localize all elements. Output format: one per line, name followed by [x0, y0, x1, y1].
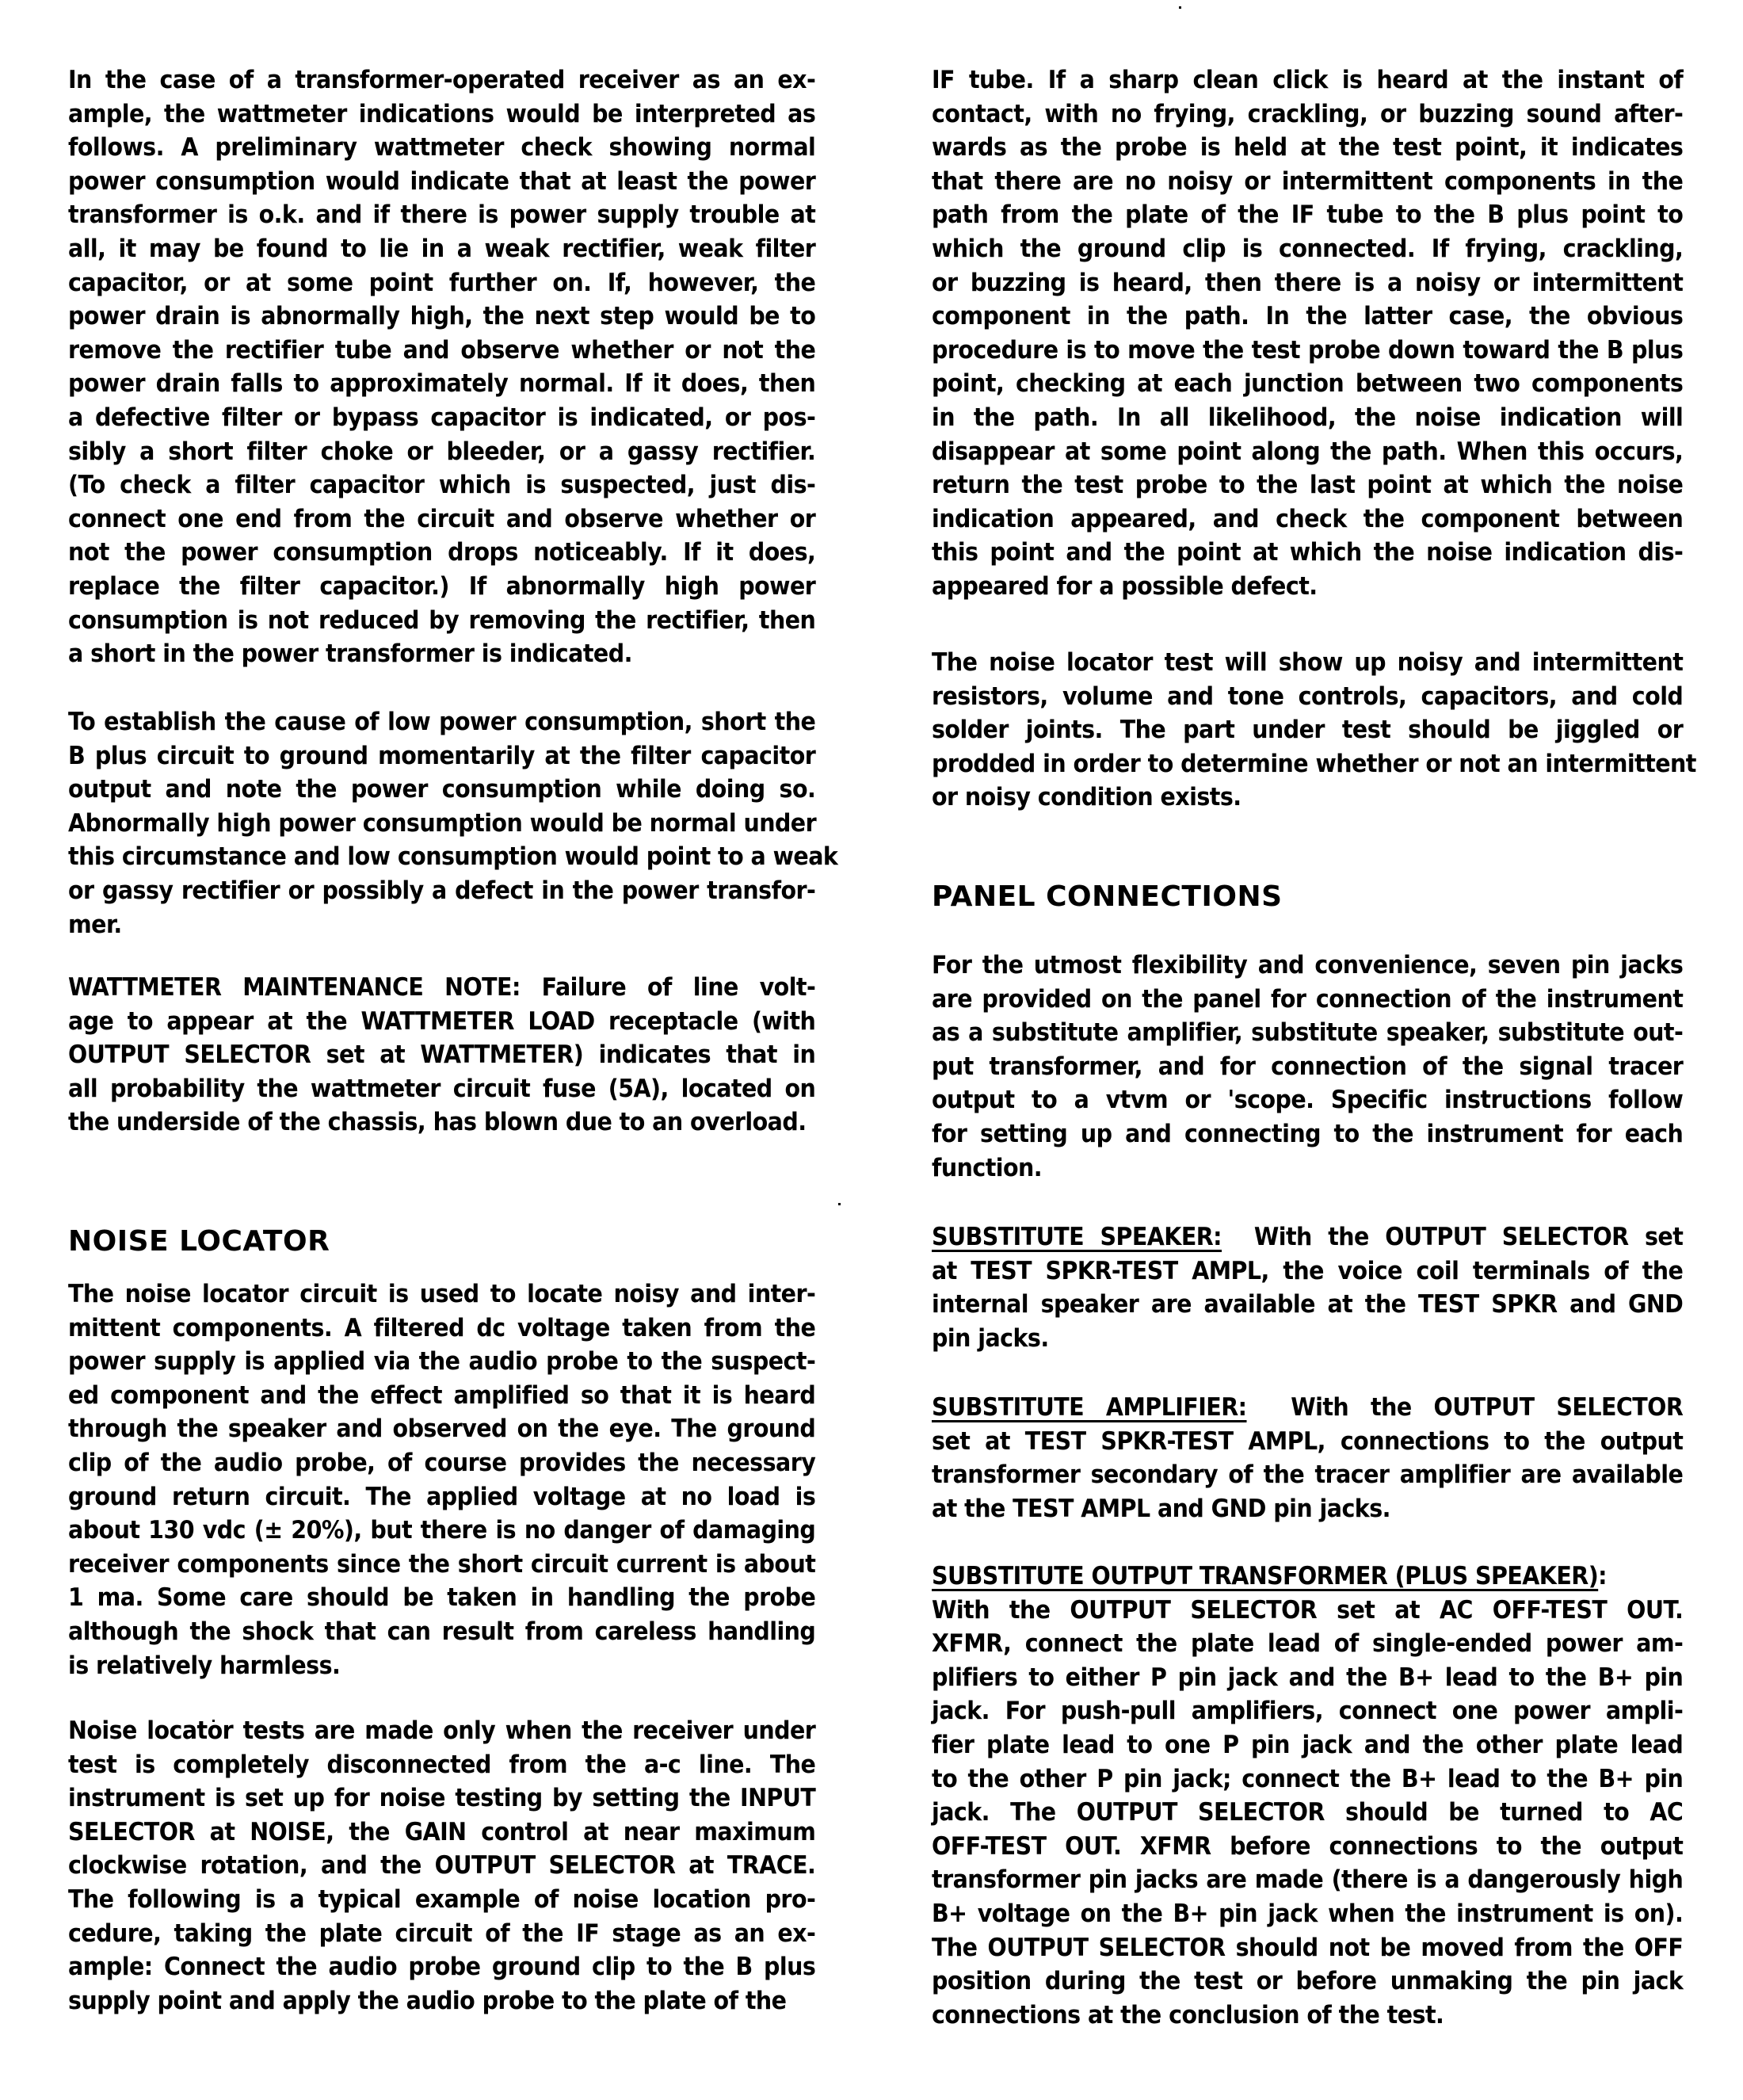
text-line: or buzzing is heard, then there is a noi…: [932, 266, 1683, 300]
text-line: power consumption would indicate that at…: [68, 165, 815, 199]
text-line: at TEST SPKR-TEST AMPL, the voice coil t…: [932, 1254, 1683, 1289]
text-line: which the ground clip is connected. If f…: [932, 232, 1683, 266]
text-line: output to a vtvm or 'scope. Specific ins…: [932, 1083, 1683, 1117]
text-line: Noise locator tests are made only when t…: [68, 1714, 815, 1748]
amplifier-body: set at TEST SPKR-TEST AMPL, connections …: [932, 1425, 1684, 1526]
text-line: B+ voltage on the B+ pin jack when the i…: [932, 1897, 1683, 1931]
paragraph-noise-locator-tests: Noise locator tests are made only when t…: [68, 1714, 817, 2018]
text-line: in the path. In all likelihood, the nois…: [932, 401, 1683, 435]
text-line: fier plate lead to one P pin jack and th…: [932, 1728, 1683, 1762]
text-line: clip of the audio probe, of course provi…: [68, 1446, 815, 1480]
text-line: not the power consumption drops noticeab…: [68, 536, 815, 570]
text-line: transformer is o.k. and if there is powe…: [68, 198, 815, 232]
paragraph-wattmeter-maintenance-note: WATTMETER MAINTENANCE NOTE: Failure of l…: [68, 971, 817, 1140]
section-substitute-output-transformer: SUBSTITUTE OUTPUT TRANSFORMER (PLUS SPEA…: [932, 1560, 1684, 2032]
text-line: path from the plate of the IF tube to th…: [932, 198, 1683, 232]
text-line: at the TEST AMPL and GND pin jacks.: [932, 1492, 1683, 1526]
paragraph-low-power-consumption: To establish the cause of low power cons…: [68, 705, 817, 941]
heading-noise-locator: NOISE LOCATOR: [68, 1224, 817, 1259]
transformer-body: With the OUTPUT SELECTOR set at AC OFF-T…: [932, 1594, 1684, 2033]
text-line: instrument is set up for noise testing b…: [68, 1781, 815, 1816]
heading-panel-connections: PANEL CONNECTIONS: [932, 880, 1684, 914]
text-line: put transformer, and for connection of t…: [932, 1050, 1683, 1084]
text-line: are provided on the panel for connection…: [932, 983, 1683, 1017]
text-line: For the utmost flexibility and convenien…: [932, 949, 1683, 983]
text-line: capacitor, or at some point further on. …: [68, 266, 815, 300]
text-line: is relatively harmless.: [68, 1649, 815, 1683]
scan-speck: [1179, 6, 1181, 9]
transformer-heading-line: SUBSTITUTE OUTPUT TRANSFORMER (PLUS SPEA…: [932, 1560, 1683, 1594]
text-line: To establish the cause of low power cons…: [68, 705, 815, 739]
text-line: the underside of the chassis, has blown …: [68, 1105, 815, 1140]
text-line: or gassy rectifier or possibly a defect …: [68, 874, 815, 908]
text-line: pin jacks.: [932, 1322, 1683, 1356]
scan-speck: [212, 1720, 215, 1722]
text-line: ground return circuit. The applied volta…: [68, 1480, 815, 1514]
text-line: about 130 vdc (± 20%), but there is no d…: [68, 1514, 815, 1548]
substitute-speaker-label: SUBSTITUTE SPEAKER:: [932, 1223, 1222, 1251]
text-line: connections at the conclusion of the tes…: [932, 1999, 1683, 2033]
text-line: this point and the point at which the no…: [932, 536, 1683, 570]
section-substitute-amplifier: SUBSTITUTE AMPLIFIER: With the OUTPUT SE…: [932, 1391, 1684, 1525]
text-line: connect one end from the circuit and obs…: [68, 502, 815, 536]
text-line: clockwise rotation, and the OUTPUT SELEC…: [68, 1849, 815, 1883]
text-line: WATTMETER MAINTENANCE NOTE: Failure of l…: [68, 971, 815, 1005]
text-line: for setting up and connecting to the ins…: [932, 1117, 1683, 1151]
text-line: or noisy condition exists.: [932, 781, 1683, 815]
text-line: OFF-TEST OUT. XFMR before connections to…: [932, 1830, 1683, 1864]
text-line: age to appear at the WATTMETER LOAD rece…: [68, 1005, 815, 1039]
text-line: component in the path. In the latter cas…: [932, 300, 1683, 334]
text-line: supply point and apply the audio probe t…: [68, 1984, 815, 2018]
text-line: to the other P pin jack; connect the B+ …: [932, 1762, 1683, 1796]
text-line: procedure is to move the test probe down…: [932, 334, 1683, 368]
speaker-first-line: SUBSTITUTE SPEAKER: With the OUTPUT SELE…: [932, 1220, 1683, 1254]
text-line: plifiers to either P pin jack and the B+…: [932, 1661, 1683, 1695]
text-line: internal speaker are available at the TE…: [932, 1288, 1683, 1322]
text-line: position during the test or before unmak…: [932, 1964, 1683, 1999]
text-line: consumption is not reduced by removing t…: [68, 604, 815, 638]
text-line: replace the filter capacitor.) If abnorm…: [68, 570, 815, 604]
text-line: as a substitute amplifier, substitute sp…: [932, 1016, 1683, 1050]
text-line: ample: Connect the audio probe ground cl…: [68, 1950, 815, 1984]
text-line: power supply is applied via the audio pr…: [68, 1345, 815, 1379]
text-line: In the case of a transformer-operated re…: [68, 63, 815, 97]
text-line: a defective filter or bypass capacitor i…: [68, 401, 815, 435]
substitute-output-transformer-label: SUBSTITUTE OUTPUT TRANSFORMER (PLUS SPEA…: [932, 1562, 1598, 1590]
text-line: function.: [932, 1151, 1683, 1186]
text-line: set at TEST SPKR-TEST AMPL, connections …: [932, 1425, 1683, 1459]
text-line: The noise locator circuit is used to loc…: [68, 1277, 815, 1312]
scan-speck: [838, 1203, 841, 1205]
text-line: power drain falls to approximately norma…: [68, 367, 815, 401]
text-line: receiver components since the short circ…: [68, 1548, 815, 1582]
text-line: power drain is abnormally high, the next…: [68, 300, 815, 334]
text-line: sibly a short filter choke or bleeder, o…: [68, 435, 815, 469]
text-line: although the shock that can result from …: [68, 1615, 815, 1649]
paragraph-noise-locator-intro: The noise locator circuit is used to loc…: [68, 1277, 817, 1682]
text-line: resistors, volume and tone controls, cap…: [932, 680, 1683, 714]
text-line: SELECTOR at NOISE, the GAIN control at n…: [68, 1816, 815, 1850]
text-line: Abnormally high power consumption would …: [68, 807, 815, 841]
text-line: contact, with no frying, crackling, or b…: [932, 97, 1683, 132]
text-line: follows. A preliminary wattmeter check s…: [68, 131, 815, 165]
text-line: a short in the power transformer is indi…: [68, 637, 815, 671]
text-line: point, checking at each junction between…: [932, 367, 1683, 401]
text-line: ed component and the effect amplified so…: [68, 1379, 815, 1413]
text-line: (To check a filter capacitor which is su…: [68, 468, 815, 502]
text-line: remove the rectifier tube and observe wh…: [68, 334, 815, 368]
text-line: that there are no noisy or intermittent …: [932, 165, 1683, 199]
text-line: appeared for a possible defect.: [932, 570, 1683, 604]
paragraph-noise-test-results: The noise locator test will show up nois…: [932, 646, 1684, 815]
text-line: jack. For push-pull amplifiers, connect …: [932, 1694, 1683, 1728]
text-line: wards as the probe is held at the test p…: [932, 131, 1683, 165]
text-line: 1 ma. Some care should be taken in handl…: [68, 1581, 815, 1615]
text-line: indication appeared, and check the compo…: [932, 502, 1683, 536]
text-line: all probability the wattmeter circuit fu…: [68, 1072, 815, 1106]
paragraph-panel-connections-intro: For the utmost flexibility and convenien…: [932, 949, 1684, 1185]
text-line: The OUTPUT SELECTOR should not be moved …: [932, 1931, 1683, 1965]
section-substitute-speaker: SUBSTITUTE SPEAKER: With the OUTPUT SELE…: [932, 1220, 1684, 1355]
text-line: transformer pin jacks are made (there is…: [932, 1863, 1683, 1897]
text-line: transformer secondary of the tracer ampl…: [932, 1458, 1683, 1492]
text-line: disappear at some point along the path. …: [932, 435, 1683, 469]
paragraph-wattmeter-interpretation: In the case of a transformer-operated re…: [68, 63, 817, 671]
text-line: return the test probe to the last point …: [932, 468, 1683, 502]
text-line: through the speaker and observed on the …: [68, 1412, 815, 1446]
text-line: OUTPUT SELECTOR set at WATTMETER) indica…: [68, 1038, 815, 1072]
text-line: B plus circuit to ground momentarily at …: [68, 739, 815, 773]
text-line: all, it may be found to lie in a weak re…: [68, 232, 815, 266]
amplifier-first-line: SUBSTITUTE AMPLIFIER: With the OUTPUT SE…: [932, 1391, 1683, 1425]
text-line: With the OUTPUT SELECTOR set at AC OFF-T…: [932, 1594, 1683, 1628]
speaker-body: at TEST SPKR-TEST AMPL, the voice coil t…: [932, 1254, 1684, 1356]
text-line: The noise locator test will show up nois…: [932, 646, 1683, 680]
text-line: solder joints. The part under test shoul…: [932, 713, 1683, 747]
text-line: output and note the power consumption wh…: [68, 773, 815, 807]
text-line: cedure, taking the plate circuit of the …: [68, 1917, 815, 1951]
text-line: mittent components. A filtered dc voltag…: [68, 1312, 815, 1346]
text-line: The following is a typical example of no…: [68, 1883, 815, 1917]
text-line: prodded in order to determine whether or…: [932, 747, 1683, 781]
text-line: jack. The OUTPUT SELECTOR should be turn…: [932, 1796, 1683, 1830]
text-line: mer.: [68, 908, 815, 942]
text-line: IF tube. If a sharp clean click is heard…: [932, 63, 1683, 97]
text-line: ample, the wattmeter indications would b…: [68, 97, 815, 132]
text-line: test is completely disconnected from the…: [68, 1748, 815, 1782]
text-line: this circumstance and low consumption wo…: [68, 840, 815, 874]
paragraph-if-tube-procedure: IF tube. If a sharp clean click is heard…: [932, 63, 1684, 604]
substitute-amplifier-label: SUBSTITUTE AMPLIFIER:: [932, 1393, 1246, 1422]
text-line: XFMR, connect the plate lead of single-e…: [932, 1627, 1683, 1661]
